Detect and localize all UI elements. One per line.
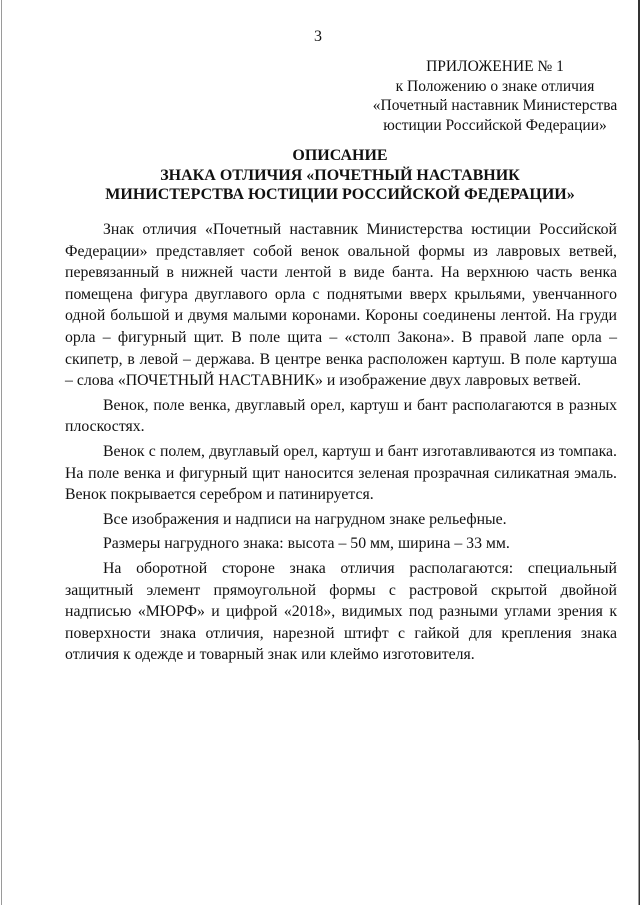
- appendix-line: к Положению о знаке отличия: [360, 77, 630, 97]
- page-number: 3: [314, 28, 322, 46]
- title-line: МИНИСТЕРСТВА ЮСТИЦИИ РОССИЙСКОЙ ФЕДЕРАЦИ…: [60, 185, 620, 205]
- title-line: ОПИСАНИЕ: [60, 146, 620, 166]
- appendix-line: юстиции Российской Федерации»: [360, 116, 630, 136]
- paragraph-materials: Венок с полем, двуглавый орел, картуш и …: [65, 441, 617, 506]
- paragraph-relief: Все изображения и надписи на нагрудном з…: [65, 509, 617, 531]
- appendix-line: ПРИЛОЖЕНИЕ № 1: [360, 57, 630, 77]
- paragraph-dimensions: Размеры нагрудного знака: высота – 50 мм…: [65, 533, 617, 555]
- document-title: ОПИСАНИЕ ЗНАКА ОТЛИЧИЯ «ПОЧЕТНЫЙ НАСТАВН…: [60, 146, 620, 205]
- paragraph-description: Знак отличия «Почетный наставник Министе…: [65, 219, 617, 392]
- appendix-line: «Почетный наставник Министерства: [360, 96, 630, 116]
- page-edge-left: [1, 0, 2, 905]
- document-body: Знак отличия «Почетный наставник Министе…: [65, 219, 617, 666]
- paragraph-reverse-side: На оборотной стороне знака отличия распо…: [65, 558, 617, 666]
- appendix-header: ПРИЛОЖЕНИЕ № 1 к Положению о знаке отлич…: [360, 57, 630, 135]
- title-line: ЗНАКА ОТЛИЧИЯ «ПОЧЕТНЫЙ НАСТАВНИК: [60, 166, 620, 186]
- paragraph-planes: Венок, поле венка, двуглавый орел, карту…: [65, 395, 617, 438]
- page-edge-right-lower: [638, 740, 639, 905]
